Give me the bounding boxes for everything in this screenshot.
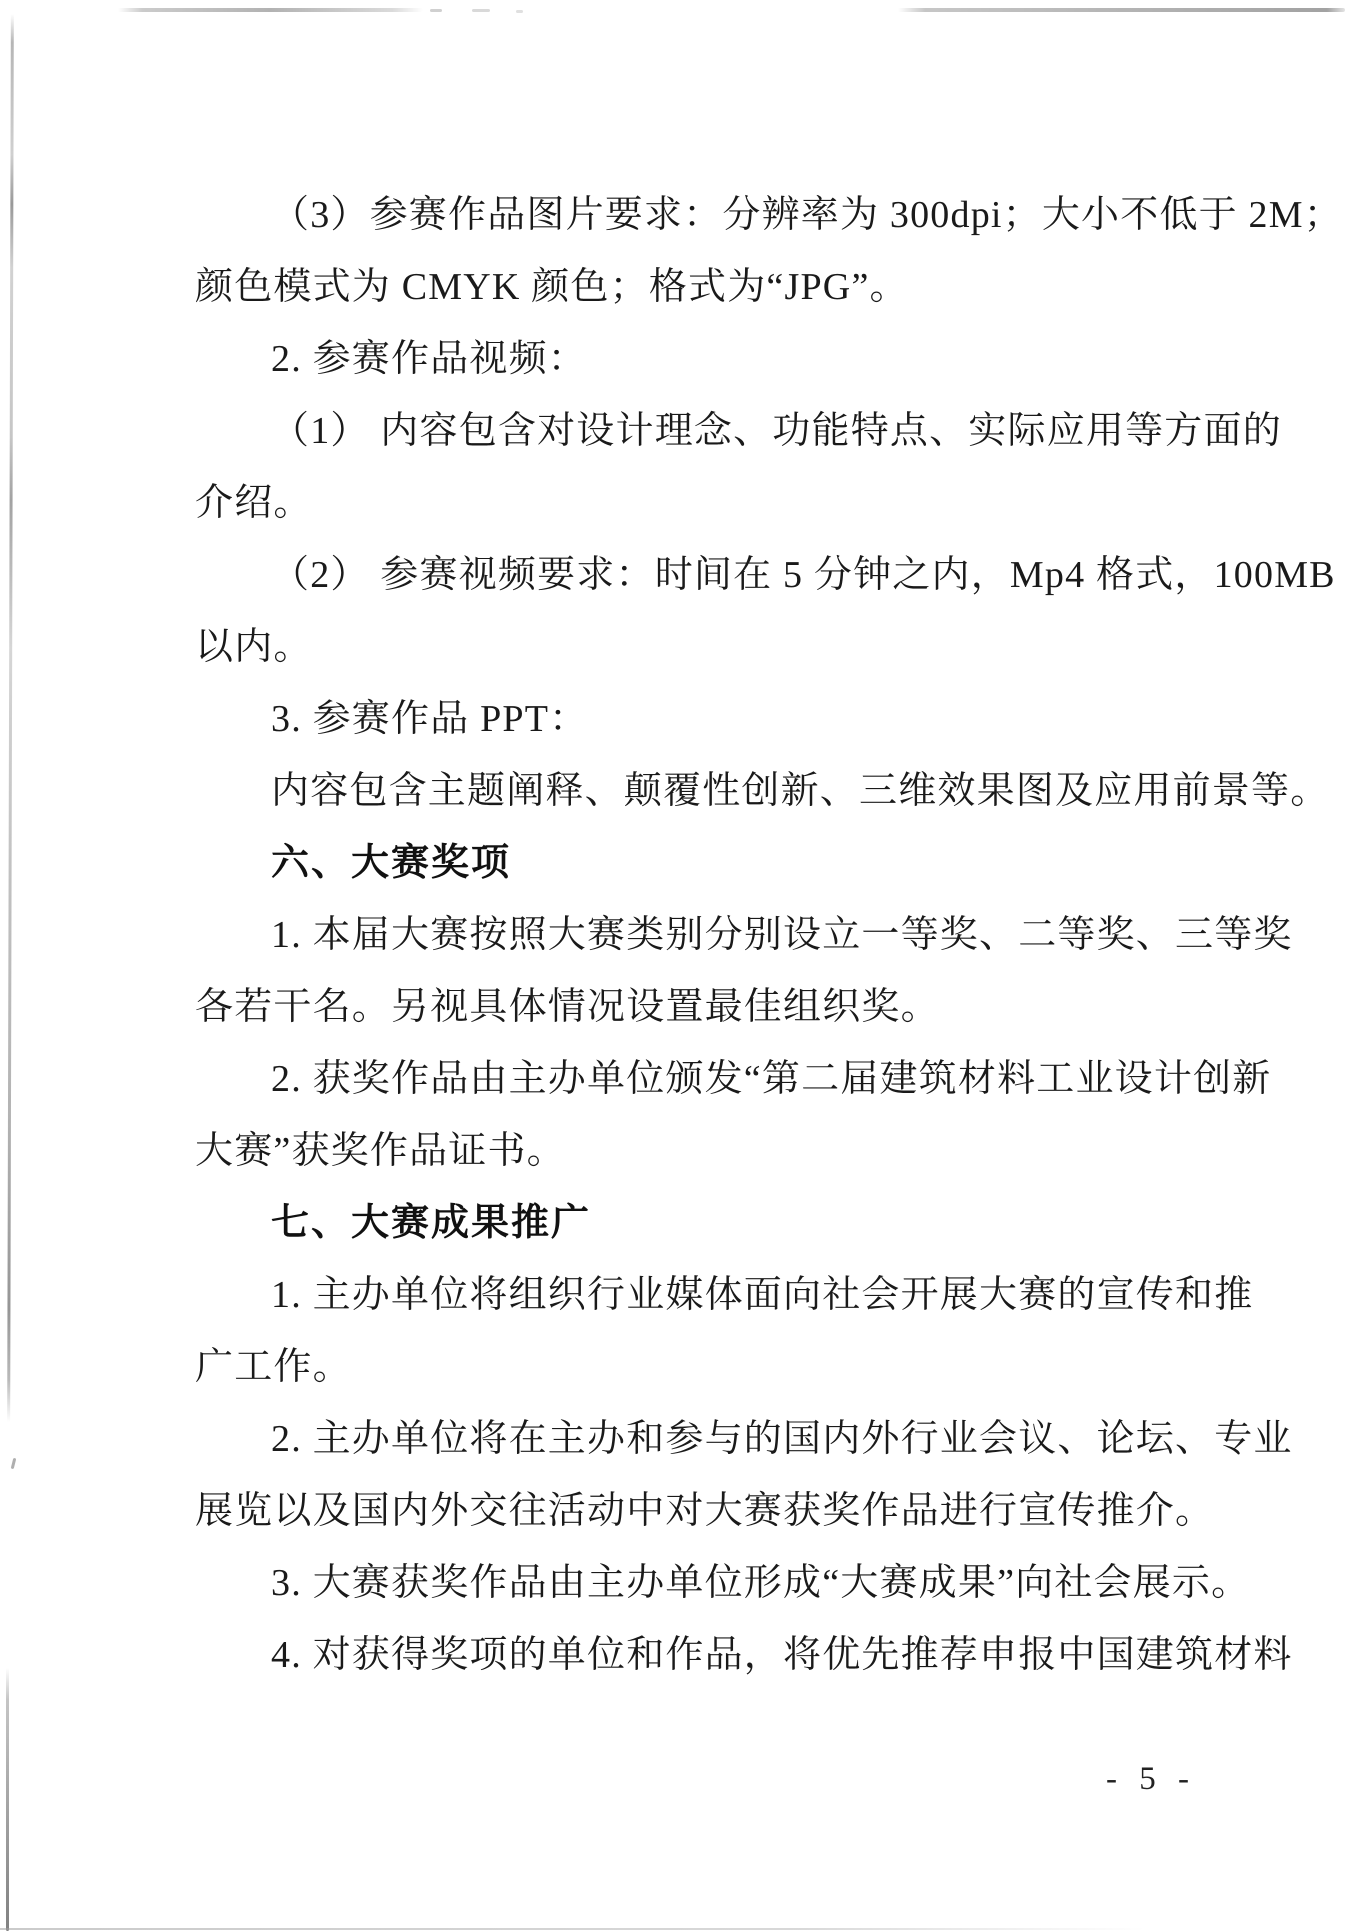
scan-edge-artifact (118, 8, 423, 12)
scan-edge-artifact (898, 8, 1345, 12)
text-line: 以内。 (195, 611, 1235, 683)
scan-scratch-artifact (6, 1668, 9, 1931)
section-heading: 七、大赛成果推广 (195, 1187, 1235, 1259)
scan-edge-artifact (0, 1928, 1145, 1930)
text-lines: （3）参赛作品图片要求：分辨率为 300dpi；大小不低于 2M；颜色模式为 C… (195, 179, 1235, 1691)
text-line: 4. 对获得奖项的单位和作品，将优先推荐申报中国建筑材料 (195, 1619, 1235, 1691)
scan-edge-artifact (472, 9, 490, 12)
text-line: （1） 内容包含对设计理念、功能特点、实际应用等方面的 (195, 395, 1235, 467)
document-body: （3）参赛作品图片要求：分辨率为 300dpi；大小不低于 2M；颜色模式为 C… (195, 179, 1235, 1691)
text-line: 大赛”获奖作品证书。 (195, 1115, 1235, 1187)
scanned-document-page: （3）参赛作品图片要求：分辨率为 300dpi；大小不低于 2M；颜色模式为 C… (0, 0, 1366, 1931)
text-line: 展览以及国内外交往活动中对大赛获奖作品进行宣传推介。 (195, 1475, 1235, 1547)
section-heading: 六、大赛奖项 (195, 827, 1235, 899)
text-line: （3）参赛作品图片要求：分辨率为 300dpi；大小不低于 2M； (195, 179, 1235, 251)
text-line: 介绍。 (195, 467, 1235, 539)
text-line: 2. 获奖作品由主办单位颁发“第二届建筑材料工业设计创新 (195, 1043, 1235, 1115)
scan-edge-artifact (430, 9, 442, 12)
text-line: 2. 主办单位将在主办和参与的国内外行业会议、论坛、专业 (195, 1403, 1235, 1475)
scan-scratch-artifact (11, 1458, 17, 1469)
scan-scratch-artifact (7, 14, 14, 1422)
text-line: 各若干名。另视具体情况设置最佳组织奖。 (195, 971, 1235, 1043)
text-line: 内容包含主题阐释、颠覆性创新、三维效果图及应用前景等。 (195, 755, 1235, 827)
scan-edge-artifact (516, 10, 523, 13)
page-number: - 5 - (1106, 1757, 1196, 1801)
text-line: （2） 参赛视频要求：时间在 5 分钟之内，Mp4 格式，100MB (195, 539, 1235, 611)
text-line: 1. 主办单位将组织行业媒体面向社会开展大赛的宣传和推 (195, 1259, 1235, 1331)
text-line: 3. 参赛作品 PPT： (195, 683, 1235, 755)
text-line: 颜色模式为 CMYK 颜色；格式为“JPG”。 (195, 251, 1235, 323)
text-line: 3. 大赛获奖作品由主办单位形成“大赛成果”向社会展示。 (195, 1547, 1235, 1619)
text-line: 2. 参赛作品视频： (195, 323, 1235, 395)
text-line: 广工作。 (195, 1331, 1235, 1403)
text-line: 1. 本届大赛按照大赛类别分别设立一等奖、二等奖、三等奖 (195, 899, 1235, 971)
